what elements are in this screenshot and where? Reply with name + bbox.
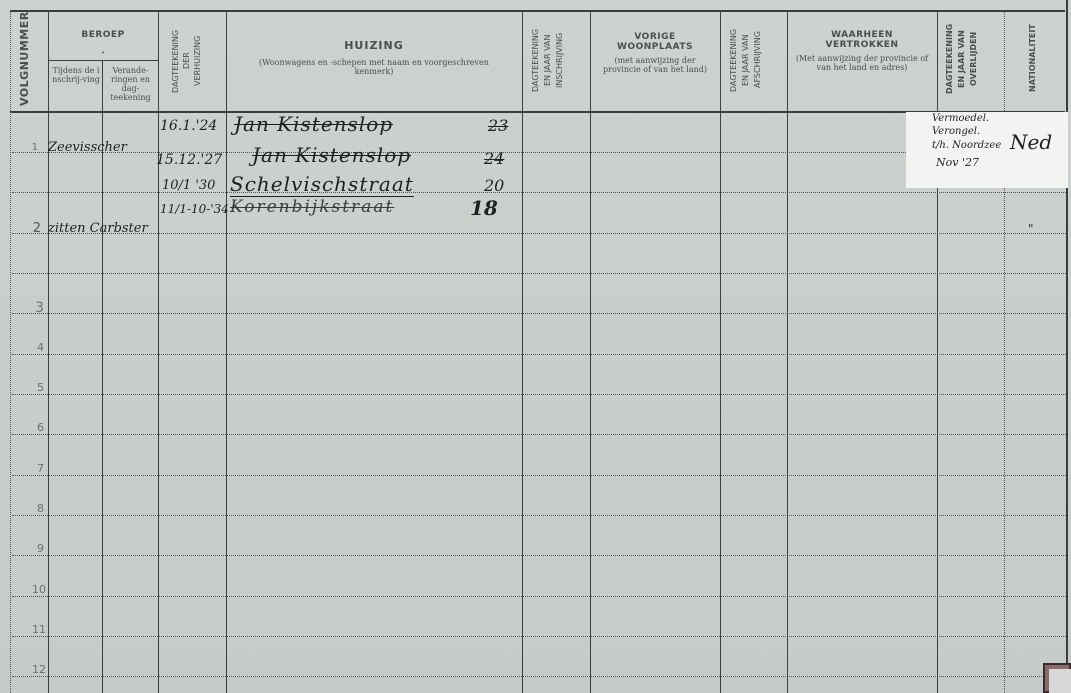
header-afschrijving: DAGTEEKENING EN JAAR VAN AFSCHRIJVING <box>728 12 780 108</box>
nationaliteit-entry: Ned <box>1010 130 1052 154</box>
address-street: Schelvischstraat <box>230 172 414 197</box>
header-volgnummer: VOLGNUMMER <box>20 16 38 106</box>
row-line <box>12 676 1066 677</box>
registration-card: VOLGNUMMER BEROEP • Tijdens de inschrij-… <box>0 0 1071 693</box>
row-number: 2 <box>17 221 41 236</box>
col-line <box>10 10 11 693</box>
address-number: 23 <box>488 116 508 135</box>
header-vorige-sub: (met aanwijzing der provincie of van het… <box>598 56 712 74</box>
row-line <box>12 233 1066 234</box>
col-line <box>158 10 159 693</box>
col-line <box>226 10 227 693</box>
row-number: 9 <box>20 542 44 555</box>
header-beroep-veranderingen: Verande-ringen en dag-teekening <box>103 66 158 102</box>
waarheen-note-line: Vermoedel. <box>932 113 989 124</box>
nationaliteit-ditto: " <box>1028 222 1034 236</box>
row-line <box>12 434 1066 435</box>
col-line <box>787 10 788 693</box>
row-line <box>12 515 1066 516</box>
address-street: Korenbijkstraat <box>230 197 394 217</box>
header-huizing-sub: (Woonwagens en -schepen met naam en voor… <box>256 58 492 76</box>
col-line <box>590 10 591 693</box>
move-date: 10/1 '30 <box>162 178 215 193</box>
move-date: 11/1-10-'34 <box>160 202 229 216</box>
header-beroep-tijdens: Tijdens de inschrij-ving <box>52 66 100 84</box>
header-waarheen-sub: (Met aanwijzing der provincie of van het… <box>792 54 932 72</box>
header-nationaliteit: NATIONALITEIT <box>1028 12 1042 104</box>
waarheen-note-line: Nov '27 <box>936 156 979 169</box>
row-line <box>12 596 1066 597</box>
row-number: 4 <box>20 341 44 354</box>
row-number: 5 <box>20 381 44 394</box>
row-line <box>12 313 1066 314</box>
row-number: 8 <box>20 502 44 515</box>
header-dagteekening-verhuizing: DAGTEEKENING DER VERHUIZING <box>170 14 214 108</box>
corner-tab-inner <box>1049 669 1071 693</box>
header-huizing: HUIZING <box>226 40 522 52</box>
beroep-entry-2: zitten Carbster <box>48 221 148 236</box>
row-line <box>12 555 1066 556</box>
col-line <box>522 10 523 693</box>
row-number: 1 <box>14 142 38 153</box>
col-line <box>720 10 721 693</box>
beroep-entry-1: Zeevisscher <box>48 140 127 155</box>
row-line <box>12 273 1066 274</box>
header-inschrijving: DAGTEEKENING EN JAAR VAN INSCHRIJVING <box>530 12 582 108</box>
col-line <box>48 10 49 693</box>
header-overlijden: DAGTEEKENING EN JAAR VAN OVERLIJDEN <box>944 10 998 108</box>
address-number: 24 <box>484 149 504 168</box>
row-number: 6 <box>20 421 44 434</box>
row-number: 3 <box>20 300 44 316</box>
beroep-divider <box>48 60 158 61</box>
row-number: 7 <box>20 462 44 475</box>
waarheen-note-line: t/h. Noordzee <box>932 140 1001 151</box>
row-line <box>12 354 1066 355</box>
waarheen-note-line: Verongel. <box>932 126 980 137</box>
header-vorige-woonplaats: VORIGE WOONPLAATS <box>608 32 702 52</box>
header-waarheen: WAARHEEN VERTROKKEN <box>812 30 912 50</box>
header-beroep-dot: • <box>48 49 158 58</box>
row-number: 10 <box>22 583 46 596</box>
row-number: 11 <box>22 623 46 636</box>
address-street: Jan Kistenslop <box>234 112 393 136</box>
row-line <box>12 394 1066 395</box>
row-number: 12 <box>22 663 46 676</box>
move-date: 16.1.'24 <box>160 118 217 134</box>
address-number: 18 <box>470 196 498 220</box>
row-line <box>12 475 1066 476</box>
address-street: Jan Kistenslop <box>252 143 411 167</box>
header-beroep: BEROEP <box>48 30 158 40</box>
address-number: 20 <box>484 176 504 195</box>
col-line <box>1066 0 1068 693</box>
move-date: 15.12.'27 <box>156 152 222 168</box>
row-line <box>12 636 1066 637</box>
